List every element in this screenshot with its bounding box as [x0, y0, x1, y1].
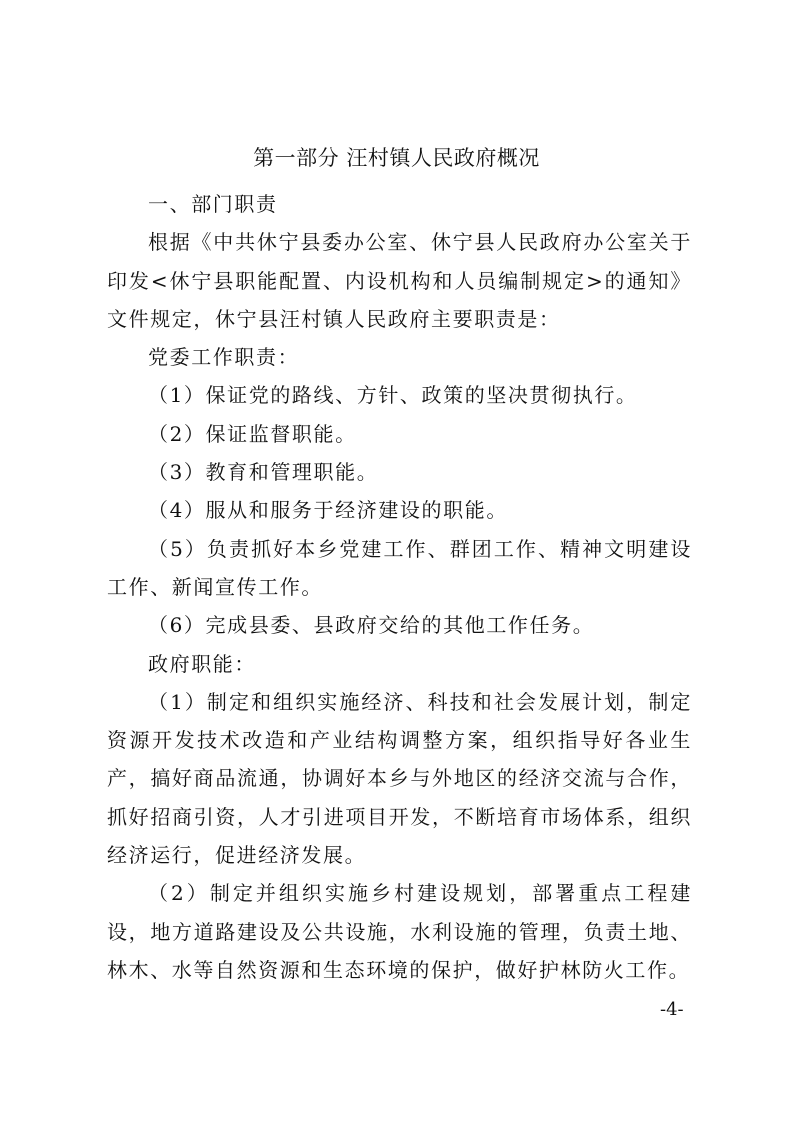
party-duty-item: （5）负责抓好本乡党建工作、群团工作、精神文明建设工作、新闻宣传工作。: [107, 530, 692, 607]
section-heading: 一、部门职责: [107, 185, 692, 223]
party-duty-item: （1）保证党的路线、方针、政策的坚决贯彻执行。: [107, 376, 692, 414]
gov-function-item: （1）制定和组织实施经济、科技和社会发展计划，制定资源开发技术改造和产业结构调整…: [107, 683, 692, 874]
page-number: -4-: [660, 998, 684, 1022]
party-duty-item: （4）服从和服务于经济建设的职能。: [107, 491, 692, 529]
party-duties-heading: 党委工作职责：: [107, 338, 692, 376]
gov-function-item: （2）制定并组织实施乡村建设规划，部署重点工程建设，地方道路建设及公共设施，水利…: [107, 874, 692, 989]
document-page: 第一部分 汪村镇人民政府概况 一、部门职责 根据《中共休宁县委办公室、休宁县人民…: [0, 0, 793, 1122]
party-duty-item: （3）教育和管理职能。: [107, 453, 692, 491]
gov-functions-heading: 政府职能：: [107, 645, 692, 683]
party-duty-item: （6）完成县委、县政府交给的其他工作任务。: [107, 606, 692, 644]
page-title: 第一部分 汪村镇人民政府概况: [0, 143, 793, 173]
intro-paragraph: 根据《中共休宁县委办公室、休宁县人民政府办公室关于印发<休宁县职能配置、内设机构…: [107, 223, 692, 338]
document-body: 一、部门职责 根据《中共休宁县委办公室、休宁县人民政府办公室关于印发<休宁县职能…: [107, 185, 692, 989]
party-duty-item: （2）保证监督职能。: [107, 415, 692, 453]
